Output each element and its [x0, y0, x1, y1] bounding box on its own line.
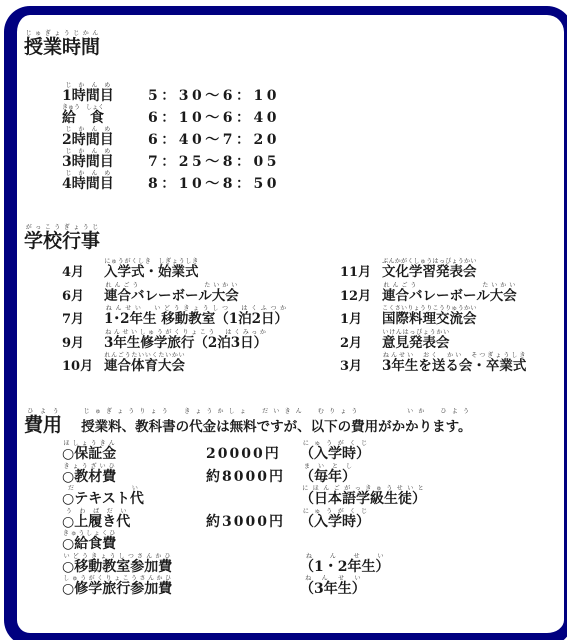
event-row: 11月文化学習発表会ぶんかがくしゅうはっぴょうかい — [340, 258, 526, 282]
events-left-column: 4月入学式・始業式にゅうがくしき しぎょうしき 6月連合バレーボール大会れんごう… — [62, 258, 288, 376]
fee-row: ○保証金ほしょうきん20000円（入学時）にゅうがくじ — [62, 440, 426, 463]
period-list: 1時間目じかんめ5：30〜6：10 給 食きゅう しょく6：10〜6：40 2時… — [62, 82, 280, 192]
fee-row: ○上履き代うわばだい約3000円（入学時）にゅうがくじ — [62, 508, 426, 531]
fee-row: ○給食費きゅうしょくひ — [62, 530, 426, 553]
period-row: 1時間目じかんめ5：30〜6：10 — [62, 82, 280, 104]
event-row: 3月3年生を送る会・卒業式ねんせい おく かい そつぎょうしき — [340, 352, 526, 376]
section-title-class-hours: 授業時間じゅぎょうじかん — [24, 30, 100, 59]
fee-row: ○テキスト代だい（日本語学級生徒）にほんごがっきゅうせいと — [62, 485, 426, 508]
event-row: 4月入学式・始業式にゅうがくしき しぎょうしき — [62, 258, 288, 282]
event-row: 9月3年生修学旅行（2泊3日）ねんせいしゅうがくりょこう はくみっか — [62, 329, 288, 353]
period-row: 4時間目じかんめ8：10〜8：50 — [62, 170, 280, 192]
events-right-column: 11月文化学習発表会ぶんかがくしゅうはっぴょうかい 12月連合バレーボール大会れ… — [340, 258, 526, 376]
fee-row: ○修学旅行参加費しゅうがくりょこうさんかひ（3年生）ねんせい — [62, 575, 426, 598]
event-row: 1月国際料理交流会こくさいりょうりこうりゅうかい — [340, 305, 526, 329]
fee-row: ○教材費きょうざいひ約8000円（毎年）まいとし — [62, 463, 426, 486]
period-row: 3時間目じかんめ7：25〜8：05 — [62, 148, 280, 170]
section-title-fees: 費用ひよう — [24, 414, 62, 436]
event-row: 10月連合体育大会れんごうたいいくたいかい — [62, 352, 288, 376]
fee-list: ○保証金ほしょうきん20000円（入学時）にゅうがくじ ○教材費きょうざいひ約8… — [62, 440, 426, 598]
fees-header: 費用ひよう 授業料、教科書の代金は無料ですが、以下の費用がかかります。じゅぎょう… — [24, 408, 472, 437]
event-row: 7月1･2年生 移動教室（1泊2日）ねんせい いどうきょうしつ はくふつか — [62, 305, 288, 329]
event-row: 12月連合バレーボール大会れんごう たいかい — [340, 282, 526, 306]
event-row: 2月意見発表会いけんはっぴょうかい — [340, 329, 526, 353]
fees-intro: 授業料、教科書の代金は無料ですが、以下の費用がかかります。じゅぎょうりょう きょ… — [81, 419, 471, 435]
fee-row: ○移動教室参加費いどうきょうしつさんかひ（1・2年生）ねんせい — [62, 553, 426, 576]
event-row: 6月連合バレーボール大会れんごう たいかい — [62, 282, 288, 306]
period-row: 2時間目じかんめ6：40〜7：20 — [62, 126, 280, 148]
period-row: 給 食きゅう しょく6：10〜6：40 — [62, 104, 280, 126]
section-title-school-events: 学校行事がっこうぎょうじ — [24, 224, 100, 253]
